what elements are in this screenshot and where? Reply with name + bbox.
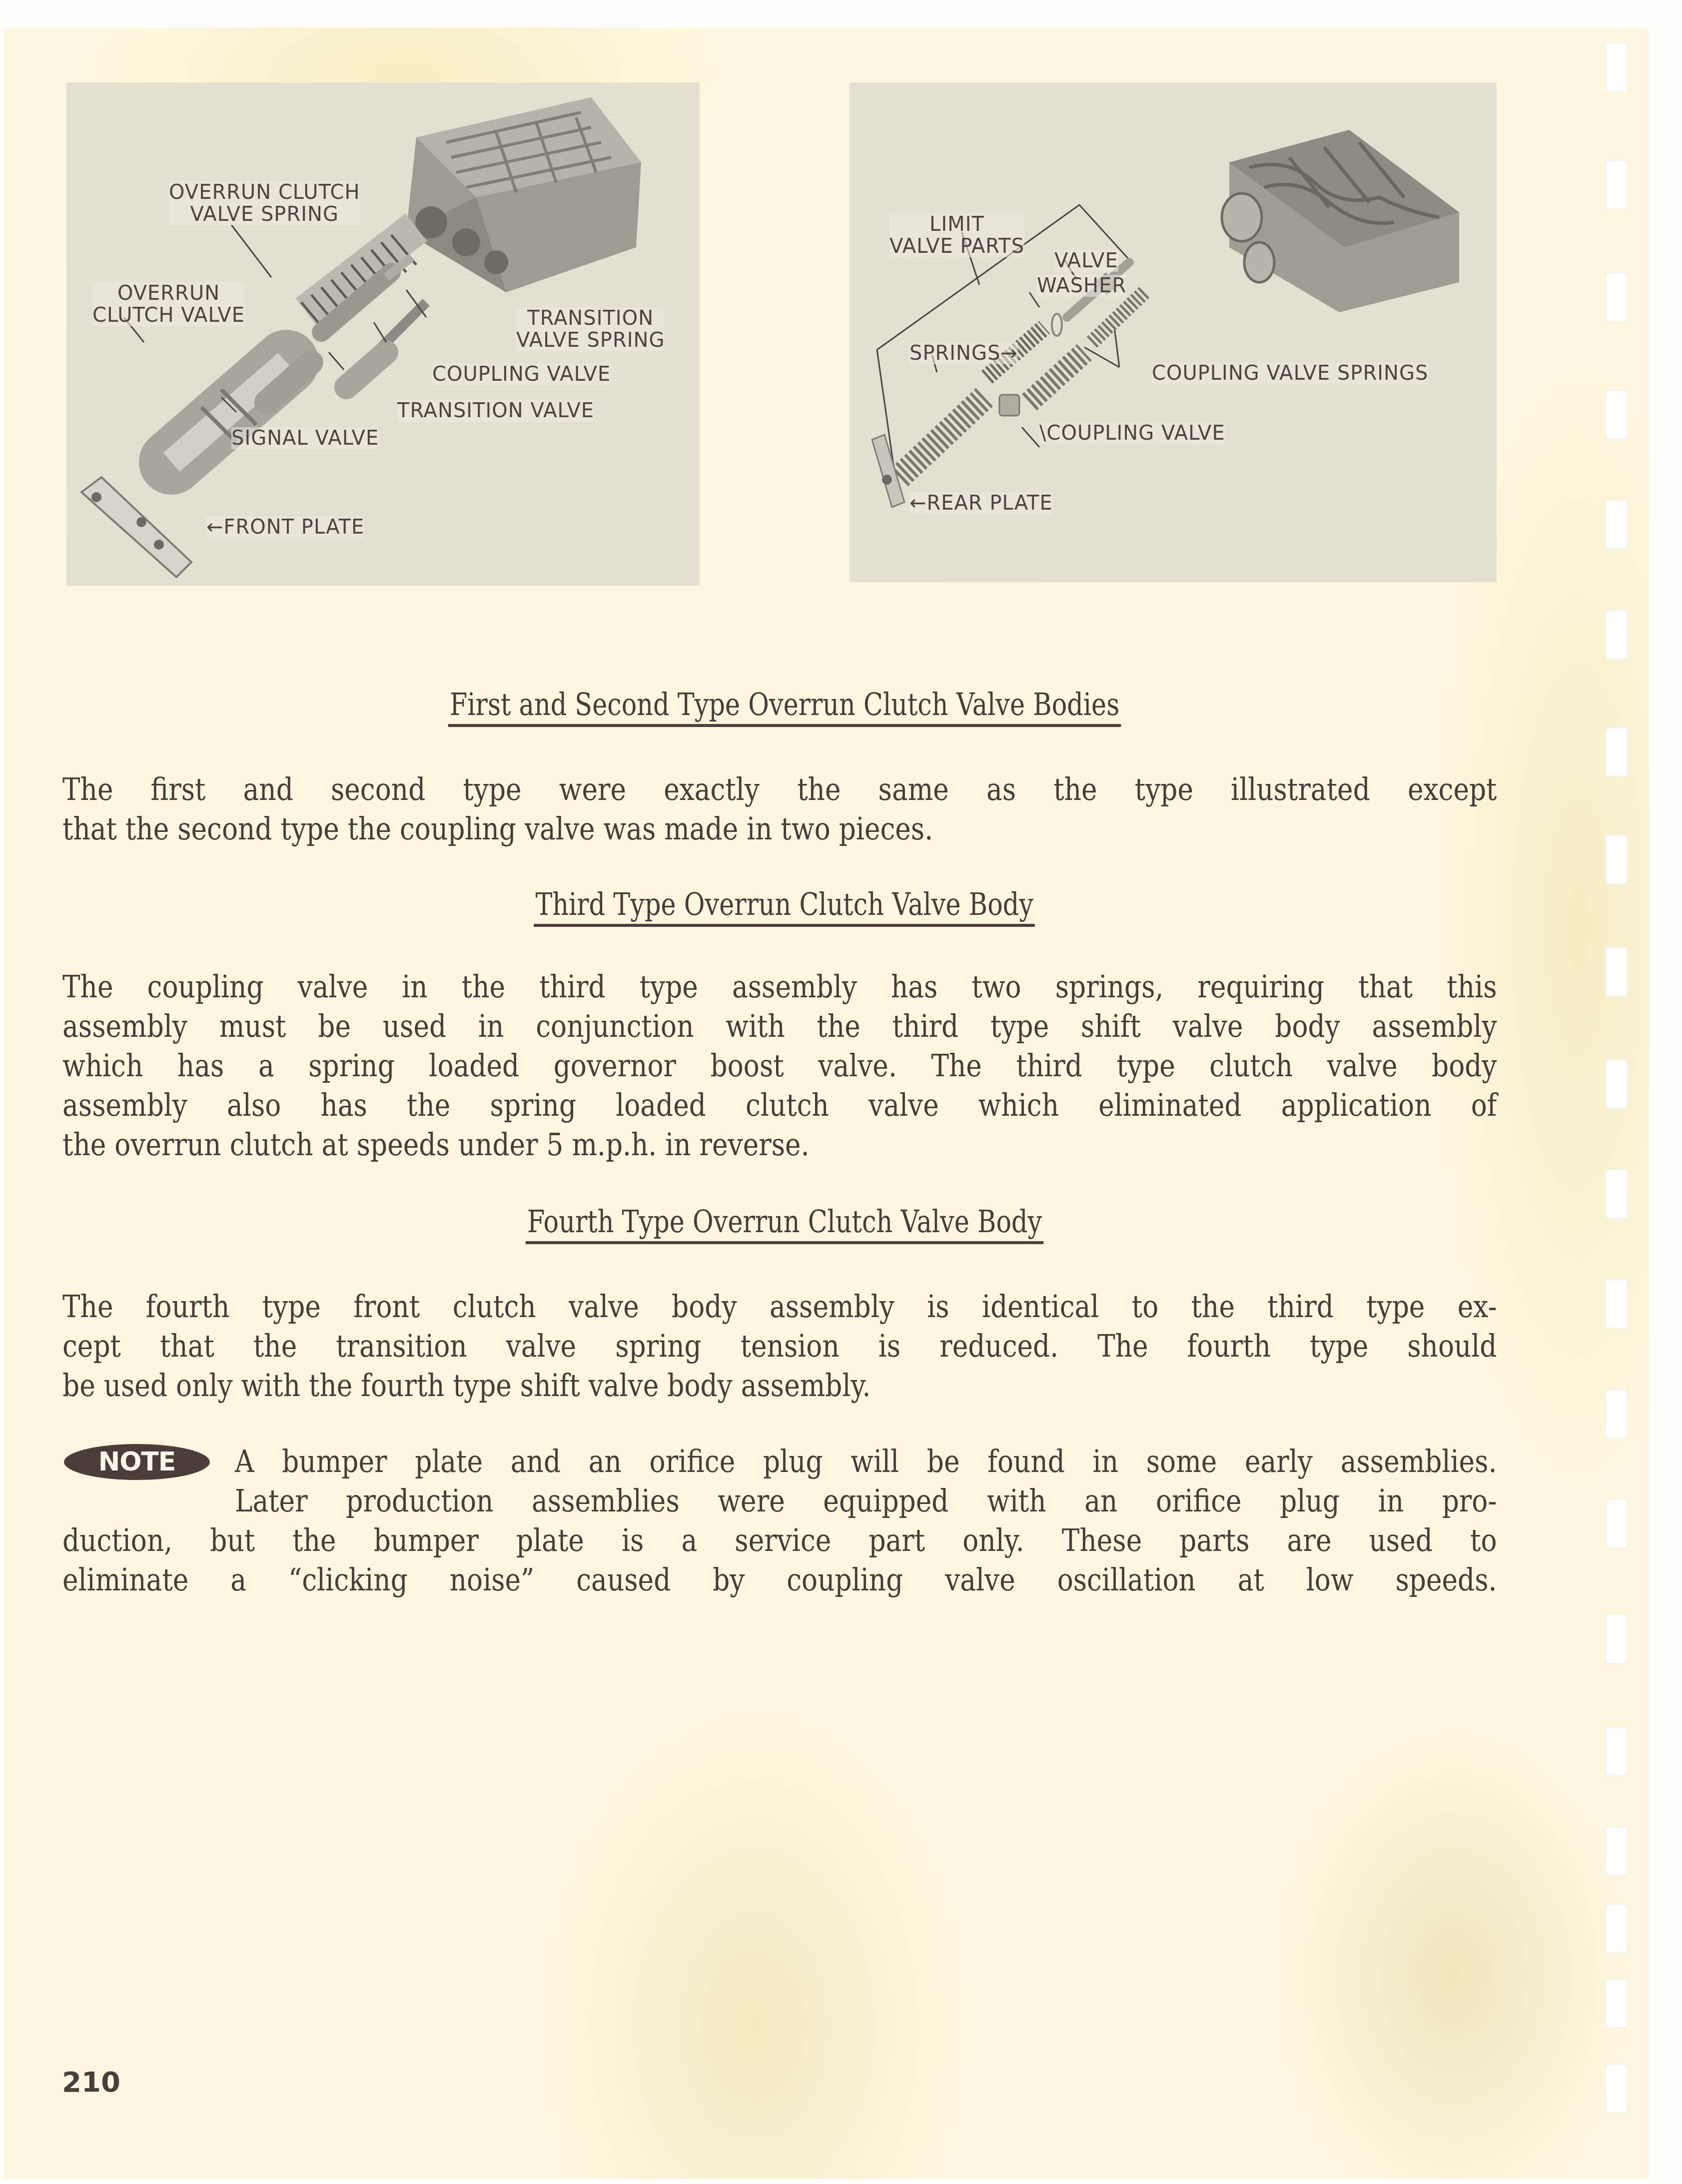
text-line: The first and second type were exactly t…: [62, 769, 1497, 809]
label-transition-valve: TRANSITION VALVE: [397, 400, 594, 422]
paragraph-third-type: The coupling valve in the third type ass…: [62, 967, 1497, 1164]
binder-hole: [1605, 1389, 1628, 1439]
text-line: the overrun clutch at speeds under 5 m.p…: [62, 1125, 1497, 1164]
text-line: assembly also has the spring loaded clut…: [62, 1085, 1497, 1125]
note-first-line: A bumper plate and an orifice plug will …: [235, 1442, 1497, 1520]
text-line: which has a spring loaded governor boost…: [62, 1046, 1497, 1085]
heading-text: Third Type Overrun Clutch Valve Body: [534, 887, 1035, 927]
text-line: Later production assemblies were equippe…: [235, 1481, 1497, 1520]
paragraph-first-second-type: The first and second type were exactly t…: [62, 769, 1497, 848]
page-number: 210: [62, 2066, 120, 2099]
binder-hole: [1605, 160, 1628, 210]
label-line: VALVE SPRING: [169, 203, 360, 225]
binder-hole: [1605, 1826, 1628, 1876]
binder-hole: [1605, 390, 1628, 440]
coupling-valve-icon: [999, 395, 1019, 416]
binder-hole: [1605, 1279, 1628, 1329]
section-heading-third-type: Third Type Overrun Clutch Valve Body: [0, 887, 1569, 927]
label-signal-valve: SIGNAL VALVE: [231, 427, 379, 449]
text-line: eliminate a “clicking noise” caused by c…: [62, 1560, 1497, 1599]
binder-hole: [1605, 1614, 1628, 1664]
binder-hole: [1605, 2064, 1628, 2114]
binder-hole: [1605, 1979, 1628, 2029]
valve-body-casting-icon: [406, 97, 641, 292]
label-front-plate: ←FRONT PLATE: [206, 516, 364, 538]
paragraph-fourth-type: The fourth type front clutch valve body …: [62, 1287, 1497, 1405]
binder-hole: [1605, 500, 1628, 550]
section-heading-fourth-type: Fourth Type Overrun Clutch Valve Body: [0, 1204, 1569, 1244]
figure-overrun-clutch-valve-body-rear: LIMIT VALVE PARTS VALVE WASHER SPRINGS→ …: [849, 82, 1497, 582]
section-heading-first-second-type: First and Second Type Overrun Clutch Val…: [0, 687, 1569, 727]
heading-text: First and Second Type Overrun Clutch Val…: [448, 687, 1121, 727]
spring-icon: [301, 227, 416, 332]
heading-text: Fourth Type Overrun Clutch Valve Body: [526, 1204, 1044, 1244]
label-limit-valve-parts: LIMIT VALVE PARTS: [889, 213, 1024, 257]
text-line: The fourth type front clutch valve body …: [62, 1287, 1497, 1326]
label-line: TRANSITION: [516, 307, 665, 329]
binder-hole: [1605, 610, 1628, 660]
rear-plate-icon: [872, 435, 904, 507]
label-coupling-valve: COUPLING VALVE: [432, 363, 611, 385]
label-line: CLUTCH VALVE: [92, 304, 245, 326]
text-line: A bumper plate and an orifice plug will …: [235, 1442, 1497, 1481]
spring-icon: [899, 292, 1144, 477]
text-line: assembly must be used in conjunction wit…: [62, 1006, 1497, 1046]
label-line: LIMIT: [889, 213, 1024, 235]
text-line: The coupling valve in the third type ass…: [62, 967, 1497, 1006]
text-line: cept that the transition valve spring te…: [62, 1326, 1497, 1366]
label-line: VALVE PARTS: [889, 235, 1024, 257]
binder-hole: [1605, 1169, 1628, 1219]
label-rear-plate: ←REAR PLATE: [909, 492, 1053, 514]
figure-overrun-clutch-valve-body-front: OVERRUN CLUTCH VALVE SPRING OVERRUN CLUT…: [66, 82, 700, 586]
label-transition-valve-spring: TRANSITION VALVE SPRING: [516, 307, 665, 351]
binder-hole: [1605, 42, 1628, 92]
binder-hole: [1605, 834, 1628, 884]
note-paragraph: duction, but the bumper plate is a servi…: [62, 1520, 1497, 1599]
text-line: be used only with the fourth type shift …: [62, 1366, 1497, 1405]
label-line: OVERRUN: [92, 282, 245, 304]
label-coupling-valve-springs: COUPLING VALVE SPRINGS: [1152, 362, 1428, 384]
binder-hole: [1605, 272, 1628, 322]
label-line: OVERRUN CLUTCH: [169, 181, 360, 203]
label-overrun-clutch-valve: OVERRUN CLUTCH VALVE: [92, 282, 245, 326]
label-washer: WASHER: [1037, 275, 1126, 297]
label-springs: SPRINGS→: [909, 342, 1018, 364]
note-badge-icon: NOTE: [64, 1444, 210, 1480]
binder-hole: [1605, 1499, 1628, 1549]
washer-icon: [1052, 314, 1062, 336]
label-valve: VALVE: [1054, 250, 1118, 272]
label-line: VALVE SPRING: [516, 329, 665, 351]
binder-hole: [1605, 1904, 1628, 1954]
label-coupling-valve: \COUPLING VALVE: [1039, 422, 1225, 444]
text-line: duction, but the bumper plate is a servi…: [62, 1520, 1497, 1560]
binder-hole: [1605, 947, 1628, 997]
text-line: that the second type the coupling valve …: [62, 809, 1497, 848]
binder-hole: [1605, 1726, 1628, 1776]
transition-valve-icon: [346, 352, 386, 387]
valve-body-casting-icon: [1222, 130, 1459, 312]
binder-hole: [1605, 727, 1628, 777]
binder-hole: [1605, 1059, 1628, 1109]
label-overrun-clutch-valve-spring: OVERRUN CLUTCH VALVE SPRING: [169, 181, 360, 225]
